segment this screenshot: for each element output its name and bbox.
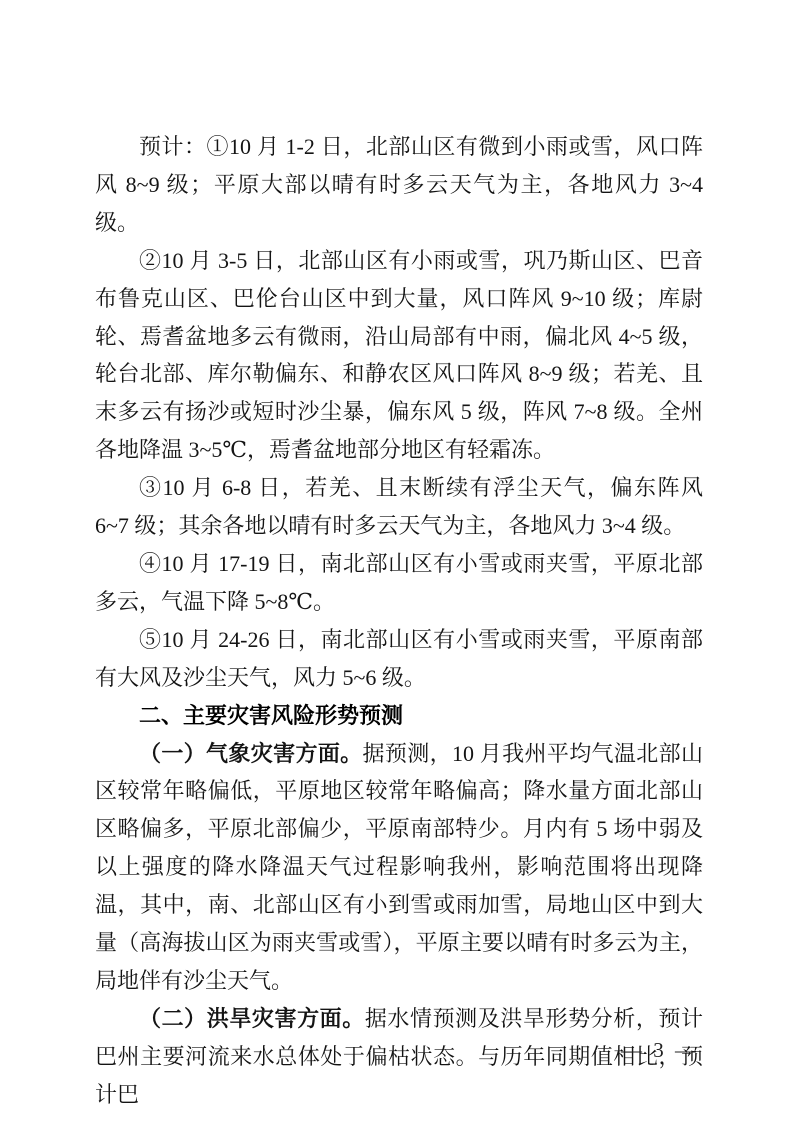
paragraph-forecast-intro: 预计：①10 月 1-2 日，北部山区有微到小雨或雪，风口阵风 8~9 级；平原… — [95, 128, 703, 242]
paragraph-forecast-oct-6-8: ③10 月 6-8 日，若羌、且末断续有浮尘天气，偏东阵风 6~7 级；其余各地… — [95, 469, 703, 545]
paragraph-forecast-oct-3-5: ②10 月 3-5 日，北部山区有小雨或雪，巩乃斯山区、巴音布鲁克山区、巴伦台山… — [95, 242, 703, 469]
sub-heading-meteorological: （一）气象灾害方面。 — [139, 741, 363, 766]
paragraph-flood-drought-disaster: （二）洪旱灾害方面。据水情预测及洪旱形势分析，预计巴州主要河流来水总体处于偏枯状… — [95, 1000, 703, 1114]
page-number: — 3 — — [621, 1038, 699, 1063]
document-page: 预计：①10 月 1-2 日，北部山区有微到小雨或雪，风口阵风 8~9 级；平原… — [0, 0, 793, 1122]
section-heading-disaster-risk: 二、主要灾害风险形势预测 — [95, 697, 703, 735]
sub-body-meteorological: 据预测，10 月我州平均气温北部山区较常年略偏低，平原地区较常年略偏高；降水量方… — [95, 741, 703, 993]
document-body: 预计：①10 月 1-2 日，北部山区有微到小雨或雪，风口阵风 8~9 级；平原… — [95, 128, 703, 1114]
sub-heading-flood-drought: （二）洪旱灾害方面。 — [139, 1006, 365, 1031]
paragraph-meteorological-disaster: （一）气象灾害方面。据预测，10 月我州平均气温北部山区较常年略偏低，平原地区较… — [95, 735, 703, 1000]
paragraph-forecast-oct-17-19: ④10 月 17-19 日，南北部山区有小雪或雨夹雪，平原北部多云，气温下降 5… — [95, 545, 703, 621]
paragraph-forecast-oct-24-26: ⑤10 月 24-26 日，南北部山区有小雪或雨夹雪，平原南部有大风及沙尘天气，… — [95, 621, 703, 697]
